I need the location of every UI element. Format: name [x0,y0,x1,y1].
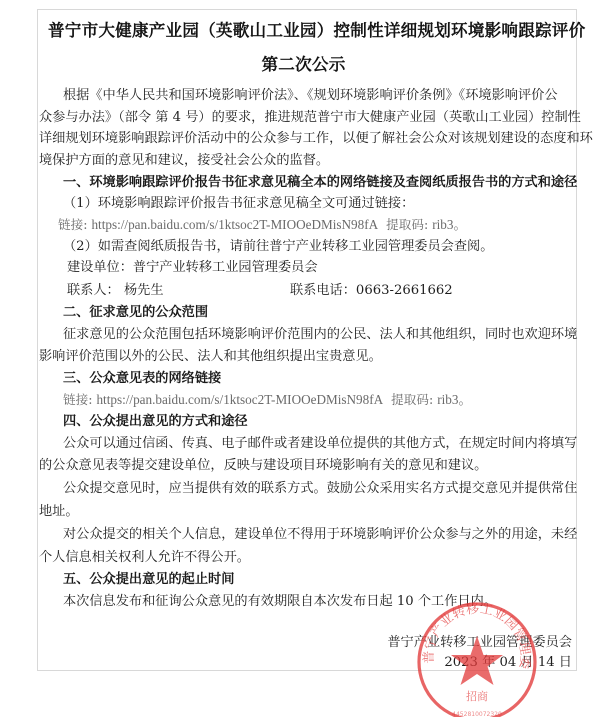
section1-item2: （2）如需查阅纸质报告书，请前往普宁产业转移工业园管理委员会查阅。 [63,238,493,256]
document-title-line2: 第二次公示 [0,56,607,74]
builder-info: 建设单位：普宁产业转移工业园管理委员会 [67,259,318,277]
section3-heading: 三、公众意见表的网络链接 [63,370,221,388]
section4-para1-line1: 公众可以通过信函、传真、电子邮件或者建设单位提供的其他方式，在规定时间内将填写 [63,435,577,453]
extraction-code: rib3。 [432,217,466,232]
section5-heading: 五、公众提出意见的起止时间 [63,571,234,589]
section1-item1: （1）环境影响跟踪评价报告书征求意见稿全文可通过链接： [63,195,414,213]
extraction-code: rib3。 [437,392,471,407]
section4-para3-line1: 对公众提交的相关个人信息，建设单位不得用于环境影响评价公众参与之外的用途，未经 [63,526,577,544]
svg-text:4452810072320: 4452810072320 [452,711,502,717]
section5-body: 本次信息发布和征询公众意见的有效期限自本次发布日起 10 个工作日内。 [63,593,497,611]
section3-link-row: 链接: https://pan.baidu.com/s/1ktsoc2T-MIO… [63,391,472,409]
section2-body-line2: 影响评价范围以外的公民、法人和其他组织提出宝贵意见。 [39,348,382,366]
contact-phone: 联系电话：0663-2661662 [290,282,453,300]
signature-org: 普宁产业转移工业园管理委员会 [300,634,572,652]
opinion-form-link[interactable]: https://pan.baidu.com/s/1ktsoc2T-MIOOeDM… [96,392,383,407]
svg-text:招商: 招商 [466,689,488,703]
report-download-link[interactable]: https://pan.baidu.com/s/1ktsoc2T-MIOOeDM… [91,217,378,232]
signature-date: 2023 年 04 月 14 日 [300,654,572,672]
section2-body-line1: 征求意见的公众范围包括环境影响评价范围内的公民、法人和其他组织，同时也欢迎环境 [63,326,577,344]
section4-heading: 四、公众提出意见的方式和途径 [63,413,248,431]
section1-link-row: 链接: https://pan.baidu.com/s/1ktsoc2T-MIO… [58,216,467,234]
section2-heading: 二、征求意见的公众范围 [63,304,208,322]
contact-person: 联系人： 杨先生 [67,282,164,300]
section4-para3-line2: 个人信息相关权利人允许不得公开。 [39,549,250,567]
section4-para2-line2: 地址。 [39,503,79,521]
section4-para1-line2: 的公众意见表等提交建设单位，反映与建设项目环境影响有关的意见和建议。 [39,457,487,475]
section1-heading: 一、环境影响跟踪评价报告书征求意见稿全本的网络链接及查阅纸质报告书的方式和途径 [63,174,577,192]
section4-para2-line1: 公众提交意见时，应当提供有效的联系方式。鼓励公众采用实名方式提交意见并提供常住 [63,480,577,498]
document-title-line1: 普宁市大健康产业园（英歌山工业园）控制性详细规划环境影响跟踪评价 [48,22,585,40]
